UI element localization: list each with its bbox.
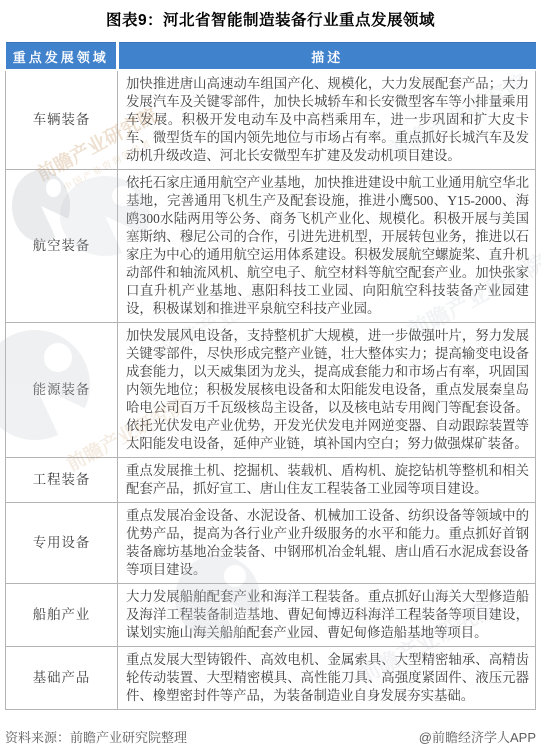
figure-page: { "title": "图表9：河北省智能制造装备行业重点发展领域", "tab… <box>0 0 541 756</box>
area-name: 工程装备 <box>6 458 118 503</box>
area-description: 大力发展船舶配套产业和海洋工程装备。重点抓好山海关大型修造船及海洋工程装备制造基… <box>118 584 536 647</box>
area-description: 加快推进唐山高速动车组国产化、规模化，大力发展配套产品；大力发展汽车及关键零部件… <box>118 70 536 170</box>
area-description: 重点发展大型铸锻件、高效电机、金属索具、大型精密轴承、高精齿轮传动装置、大型精密… <box>118 647 536 710</box>
area-name: 能源装备 <box>6 323 118 458</box>
table-row: 船舶产业 大力发展船舶配套产业和海洋工程装备。重点抓好山海关大型修造船及海洋工程… <box>6 584 536 647</box>
area-name: 专用设备 <box>6 503 118 584</box>
table-row: 专用设备 重点发展冶金设备、水泥设备、机械加工设备、纺织设备等领域中的优势产品，… <box>6 503 536 584</box>
table-row: 工程装备 重点发展推土机、挖掘机、装载机、盾构机、旋挖钻机等整机和相关配套产品，… <box>6 458 536 503</box>
page-title: 图表9：河北省智能制造装备行业重点发展领域 <box>0 8 541 30</box>
column-header-description: 描述 <box>118 43 536 71</box>
table-row: 航空装备 依托石家庄通用航空产业基地，加快推进建设中航工业通用航空华北基地，完善… <box>6 170 536 323</box>
source-note: 资料来源：前瞻产业研究院整理 <box>5 727 187 746</box>
table-row: 车辆装备 加快推进唐山高速动车组国产化、规模化，大力发展配套产品；大力发展汽车及… <box>6 70 536 170</box>
area-name: 船舶产业 <box>6 584 118 647</box>
area-name: 基础产品 <box>6 647 118 710</box>
table-header-row: 重点发展领域 描述 <box>6 43 536 71</box>
development-areas-table: 重点发展领域 描述 车辆装备 加快推进唐山高速动车组国产化、规模化，大力发展配套… <box>5 42 536 710</box>
table-row: 基础产品 重点发展大型铸锻件、高效电机、金属索具、大型精密轴承、高精齿轮传动装置… <box>6 647 536 710</box>
table-row: 能源装备 加快发展风电设备，支持整机扩大规模，进一步做强叶片，努力发展关键零部件… <box>6 323 536 458</box>
area-description: 依托石家庄通用航空产业基地，加快推进建设中航工业通用航空华北基地，完善通用飞机生… <box>118 170 536 323</box>
credit-note: @前瞻经济学人APP <box>419 727 536 746</box>
area-description: 加快发展风电设备，支持整机扩大规模，进一步做强叶片，努力发展关键零部件，尽快形成… <box>118 323 536 458</box>
area-name: 航空装备 <box>6 170 118 323</box>
area-name: 车辆装备 <box>6 70 118 170</box>
area-description: 重点发展推土机、挖掘机、装载机、盾构机、旋挖钻机等整机和相关配套产品，抓好宣工、… <box>118 458 536 503</box>
footer: 资料来源：前瞻产业研究院整理 @前瞻经济学人APP <box>5 727 536 746</box>
area-description: 重点发展冶金设备、水泥设备、机械加工设备、纺织设备等领域中的优势产品，提高为各行… <box>118 503 536 584</box>
column-header-area: 重点发展领域 <box>6 43 118 71</box>
